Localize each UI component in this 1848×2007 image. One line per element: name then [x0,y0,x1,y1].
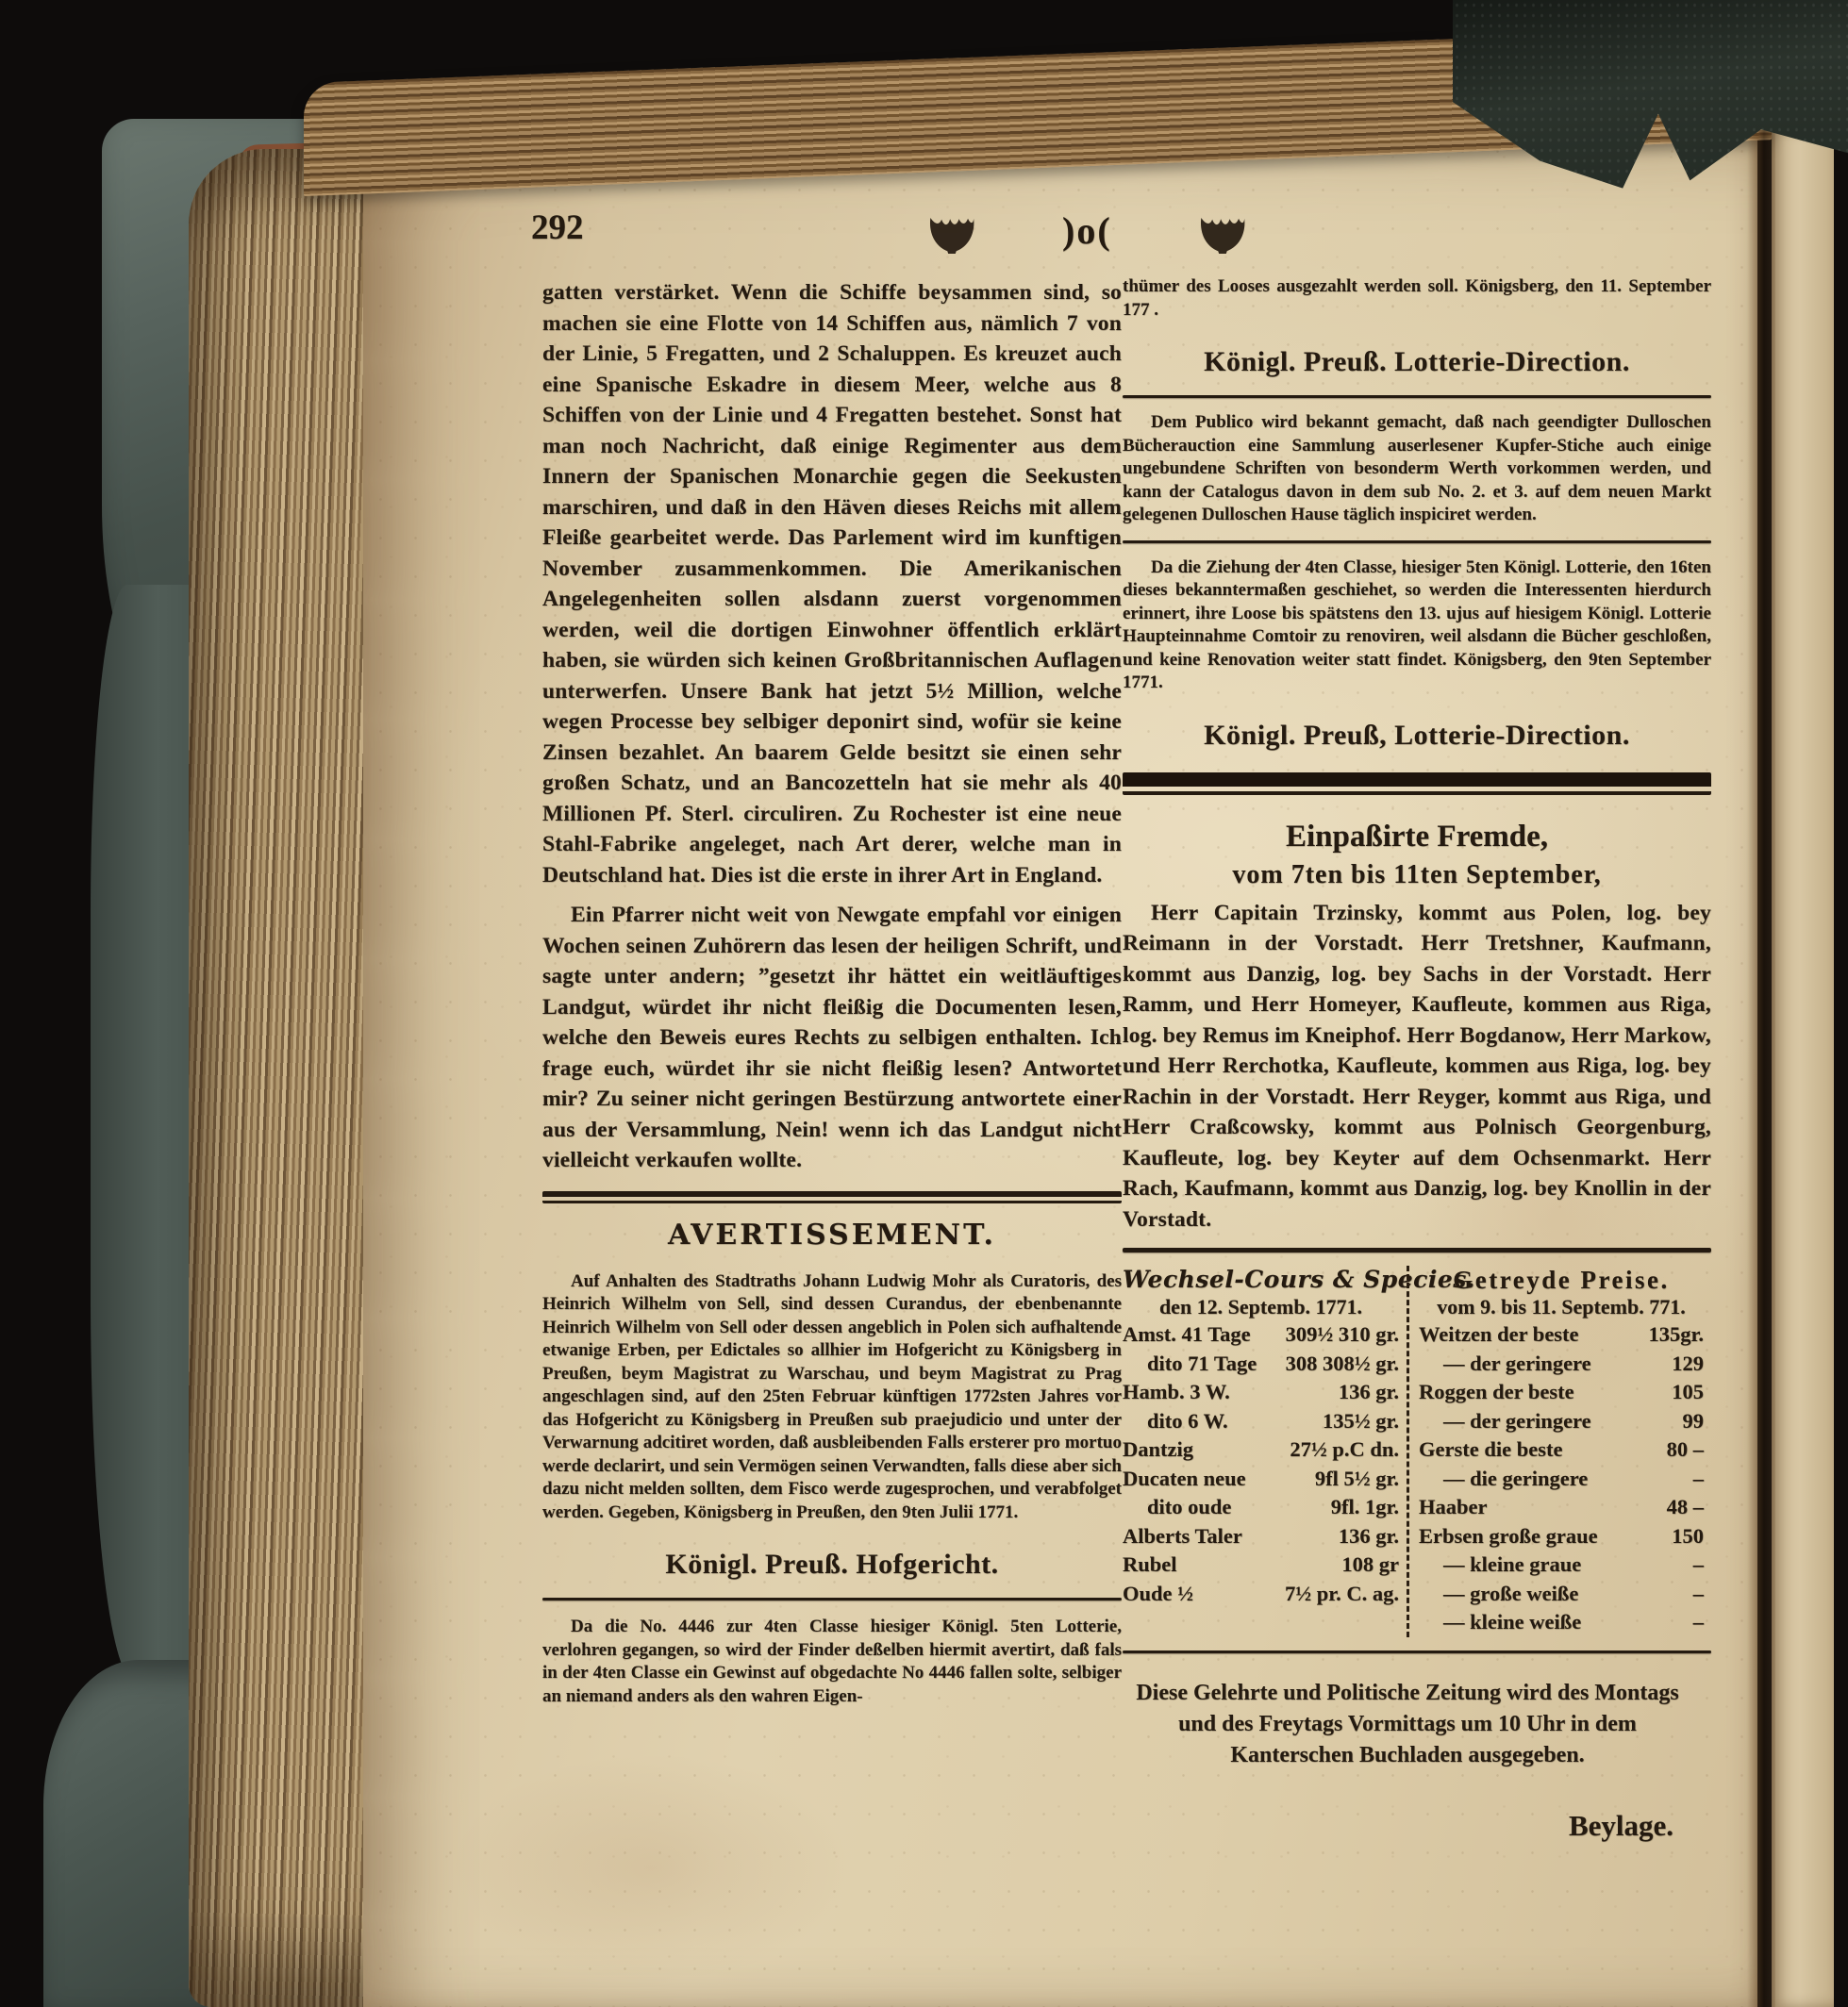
news-paragraph: Ein Pfarrer nicht weit von Newgate empfa… [542,900,1122,1176]
table-row: Gerste die beste80 – [1419,1435,1704,1465]
exchange-table-title: Wechsel-Cours & Species. [1123,1266,1399,1294]
exchange-rates-column: Wechsel-Cours & Species. den 12. Septemb… [1123,1266,1409,1637]
section-divider [1123,540,1711,543]
table-bottom-rule [1123,1650,1711,1653]
table-top-rule [1123,1248,1711,1252]
grain-table-title: Getreyde Preise. [1419,1266,1704,1294]
lottery-renewal-notice: Da die Ziehung der 4ten Classe, hiesiger… [1123,556,1711,695]
heavy-divider [1123,772,1711,795]
table-row: — kleine graue– [1419,1551,1704,1580]
book-photo-stage: 292 )o( gatten verstärket. Wenn die Schi… [0,0,1848,2007]
table-row: Hamb. 3 W.136 gr. [1123,1378,1399,1407]
right-column: thümer des Looses ausgezahlt werden soll… [1123,275,1711,1843]
table-row: Ducaten neue9fl 5½ gr. [1123,1465,1399,1494]
grain-prices-column: Getreyde Preise. vom 9. bis 11. Septemb.… [1409,1266,1704,1637]
lottery-signature: Königl. Preuß. Lotterie-Direction. [1123,346,1711,378]
fremde-body: Herr Capitain Trzinsky, kommt aus Polen,… [1123,898,1711,1236]
fremde-title: Einpaßirte Fremde, [1123,820,1711,854]
fremde-subtitle: vom 7ten bis 11ten September, [1123,860,1711,890]
avertissement-body: Auf Anhalten des Stadtraths Johann Ludwi… [542,1270,1122,1525]
grain-table-date: vom 9. bis 11. Septemb. 771. [1419,1294,1704,1320]
exchange-table-date: den 12. Septemb. 1771. [1123,1294,1399,1320]
header-ornament-row: )o( [924,206,1321,255]
table-row: Alberts Taler136 gr. [1123,1522,1399,1551]
left-column: gatten verstärket. Wenn die Schiffe beys… [542,277,1122,1708]
table-row: dito 6 W.135½ gr. [1123,1407,1399,1436]
section-divider [1123,395,1711,398]
news-paragraph: gatten verstärket. Wenn die Schiffe beys… [542,277,1122,890]
table-row: — große weiße– [1419,1580,1704,1609]
shell-fleuron-icon [1195,206,1250,255]
book-auction-notice: Dem Publico wird bekannt gemacht, daß na… [1123,411,1711,527]
printed-page-content: 292 )o( gatten verstärket. Wenn die Schi… [0,0,1848,2007]
lottery-signature: Königl. Preuß, Lotterie-Direction. [1123,720,1711,752]
hofgericht-signature: Königl. Preuß. Hofgericht. [542,1549,1122,1581]
shell-fleuron-icon [924,206,979,255]
section-divider [542,1191,1122,1203]
section-divider [542,1598,1122,1601]
page-number: 292 [531,207,584,248]
table-row: — der geringere99 [1419,1407,1704,1436]
table-row: Oude ½7½ pr. C. ag. [1123,1580,1399,1609]
table-row: Rubel108 gr [1123,1551,1399,1580]
carryover-notice: thümer des Looses ausgezahlt werden soll… [1123,275,1711,322]
table-row: Weitzen der beste135gr. [1419,1320,1704,1350]
price-table: Wechsel-Cours & Species. den 12. Septemb… [1123,1266,1711,1637]
table-row: Roggen der beste105 [1419,1378,1704,1407]
table-row: dito 71 Tage308 308½ gr. [1123,1350,1399,1379]
table-row: Haaber48 – [1419,1493,1704,1522]
lost-ticket-notice: Da die No. 4446 zur 4ten Classe hiesiger… [542,1616,1122,1708]
table-row: dito oude9fl. 1gr. [1123,1493,1399,1522]
avertissement-title: AVERTISSEMENT. [542,1219,1122,1252]
table-row: Dantzig27½ p.C dn. [1123,1435,1399,1465]
table-row: Amst. 41 Tage309½ 310 gr. [1123,1320,1399,1350]
table-row: — der geringere129 [1419,1350,1704,1379]
center-ornament: )o( [1062,208,1112,253]
beylage-label: Beylage. [1123,1809,1673,1843]
table-row: — die geringere– [1419,1465,1704,1494]
table-row: — kleine weiße– [1419,1608,1704,1637]
publication-notice: Diese Gelehrte und Politische Zeitung wi… [1132,1678,1683,1771]
table-row: Erbsen große graue150 [1419,1522,1704,1551]
